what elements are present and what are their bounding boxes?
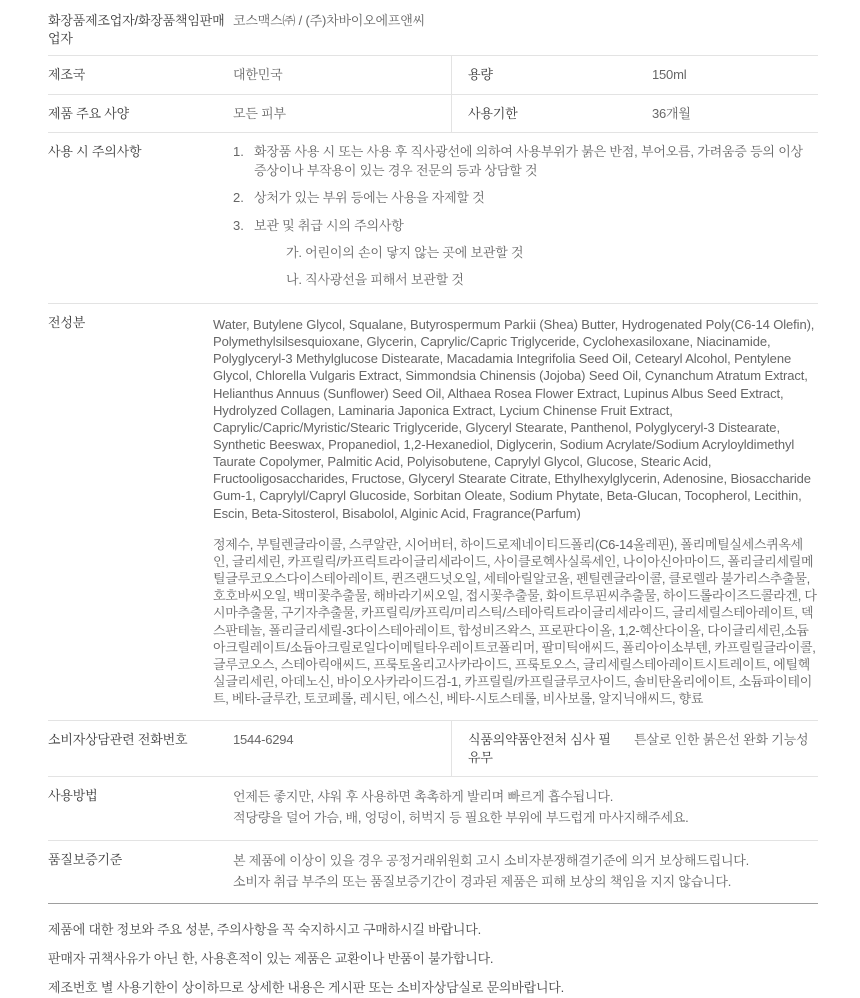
row-manufacturer: 화장품제조업자/화장품책임판매업자 코스맥스㈜ / (주)차바이오에프앤씨 — [48, 6, 818, 56]
row-ingredients: 전성분 Water, Butylene Glycol, Squalane, Bu… — [48, 304, 818, 721]
row-usage: 사용방법 언제든 좋지만, 샤워 후 사용하면 촉촉하게 발리며 빠르게 흡수됩… — [48, 777, 818, 840]
mfds-review-label: 식품의약품안전처 심사 필 유무 — [468, 721, 634, 776]
origin-label: 제조국 — [48, 56, 233, 94]
precaution-item-text: 상처가 있는 부위 등에는 사용을 자제할 것 — [254, 189, 818, 207]
origin-value: 대한민국 — [233, 56, 451, 94]
purchase-notice-footer: 제품에 대한 정보와 주요 성분, 주의사항을 꼭 숙지하시고 구매하시길 바랍… — [48, 904, 818, 998]
product-info-page: 화장품제조업자/화장품책임판매업자 코스맥스㈜ / (주)차바이오에프앤씨 제조… — [0, 0, 860, 998]
warranty-line: 본 제품에 이상이 있을 경우 공정거래위원회 고시 소비자분쟁해결기준에 의거… — [233, 850, 818, 871]
row-contact-review: 소비자상담관련 전화번호 1544-6294 식품의약품안전처 심사 필 유무 … — [48, 721, 818, 777]
precaution-item-number: 1. — [233, 143, 254, 180]
mfds-review-cell: 식품의약품안전처 심사 필 유무 튼살로 인한 붉은선 완화 기능성 — [452, 721, 818, 776]
origin-cell: 제조국 대한민국 — [48, 56, 452, 94]
precaution-item-number: 2. — [233, 189, 254, 207]
row-spec-shelflife: 제품 주요 사양 모든 피부 사용기한 36개월 — [48, 95, 818, 134]
spec-cell: 제품 주요 사양 모든 피부 — [48, 95, 452, 133]
precaution-item-text: 보관 및 취급 시의 주의사항 — [254, 217, 818, 235]
spec-label: 제품 주요 사양 — [48, 95, 233, 133]
volume-label: 용량 — [468, 56, 652, 94]
ingredients-korean: 정제수, 부틸렌글라이콜, 스쿠알란, 시어버터, 하이드로제네이티드폴리(C6… — [213, 536, 818, 708]
precautions-list: 1. 화장품 사용 시 또는 사용 후 직사광선에 의하여 사용부위가 붉은 반… — [233, 133, 818, 303]
volume-value: 150ml — [652, 56, 818, 94]
usage-label: 사용방법 — [48, 777, 233, 815]
precaution-item-number: 3. — [233, 217, 254, 235]
row-origin-volume: 제조국 대한민국 용량 150ml — [48, 56, 818, 95]
usage-line: 언제든 좋지만, 샤워 후 사용하면 촉촉하게 발리며 빠르게 흡수됩니다. — [233, 786, 818, 807]
precaution-item: 2. 상처가 있는 부위 등에는 사용을 자제할 것 — [233, 189, 818, 207]
warranty-label: 품질보증기준 — [48, 841, 233, 879]
shelf-life-cell: 사용기한 36개월 — [452, 95, 818, 133]
contact-cell: 소비자상담관련 전화번호 1544-6294 — [48, 721, 452, 776]
precautions-label: 사용 시 주의사항 — [48, 133, 233, 171]
contact-label: 소비자상담관련 전화번호 — [48, 721, 233, 776]
contact-phone-number: 1544-6294 — [233, 721, 451, 776]
ingredients-value: Water, Butylene Glycol, Squalane, Butyro… — [213, 304, 818, 720]
precaution-subitem: 가. 어린이의 손이 닿지 않는 곳에 보관할 것 — [286, 244, 818, 262]
manufacturer-label: 화장품제조업자/화장품책임판매업자 — [48, 6, 233, 55]
mfds-review-value: 튼살로 인한 붉은선 완화 기능성 — [634, 721, 818, 776]
product-info-table: 화장품제조업자/화장품책임판매업자 코스맥스㈜ / (주)차바이오에프앤씨 제조… — [48, 6, 818, 904]
ingredients-english: Water, Butylene Glycol, Squalane, Butyro… — [213, 316, 818, 522]
precaution-item: 1. 화장품 사용 시 또는 사용 후 직사광선에 의하여 사용부위가 붉은 반… — [233, 143, 818, 180]
row-precautions: 사용 시 주의사항 1. 화장품 사용 시 또는 사용 후 직사광선에 의하여 … — [48, 133, 818, 304]
precaution-subitem: 나. 직사광선을 피해서 보관할 것 — [286, 271, 818, 289]
row-warranty: 품질보증기준 본 제품에 이상이 있을 경우 공정거래위원회 고시 소비자분쟁해… — [48, 841, 818, 904]
warranty-line: 소비자 취급 부주의 또는 품질보증기간이 경과된 제품은 피해 보상의 책임을… — [233, 871, 818, 892]
precaution-item-text: 화장품 사용 시 또는 사용 후 직사광선에 의하여 사용부위가 붉은 반점, … — [254, 143, 818, 180]
footer-notice-line: 판매자 귀책사유가 아닌 한, 사용흔적이 있는 제품은 교환이나 반품이 불가… — [48, 949, 818, 969]
warranty-value: 본 제품에 이상이 있을 경우 공정거래위원회 고시 소비자분쟁해결기준에 의거… — [233, 841, 818, 903]
footer-notice-line: 제품에 대한 정보와 주요 성분, 주의사항을 꼭 숙지하시고 구매하시길 바랍… — [48, 920, 818, 940]
usage-value: 언제든 좋지만, 샤워 후 사용하면 촉촉하게 발리며 빠르게 흡수됩니다. 적… — [233, 777, 818, 839]
usage-line: 적당량을 덜어 가슴, 배, 엉덩이, 허벅지 등 필요한 부위에 부드럽게 마… — [233, 807, 818, 828]
ingredients-label: 전성분 — [48, 304, 213, 342]
shelf-life-value: 36개월 — [652, 95, 818, 133]
shelf-life-label: 사용기한 — [468, 95, 652, 133]
footer-notice-line: 제조번호 별 사용기한이 상이하므로 상세한 내용은 게시판 또는 소비자상담실… — [48, 978, 818, 998]
precaution-item: 3. 보관 및 취급 시의 주의사항 — [233, 217, 818, 235]
volume-cell: 용량 150ml — [452, 56, 818, 94]
spec-value: 모든 피부 — [233, 95, 451, 133]
manufacturer-value: 코스맥스㈜ / (주)차바이오에프앤씨 — [233, 6, 818, 55]
